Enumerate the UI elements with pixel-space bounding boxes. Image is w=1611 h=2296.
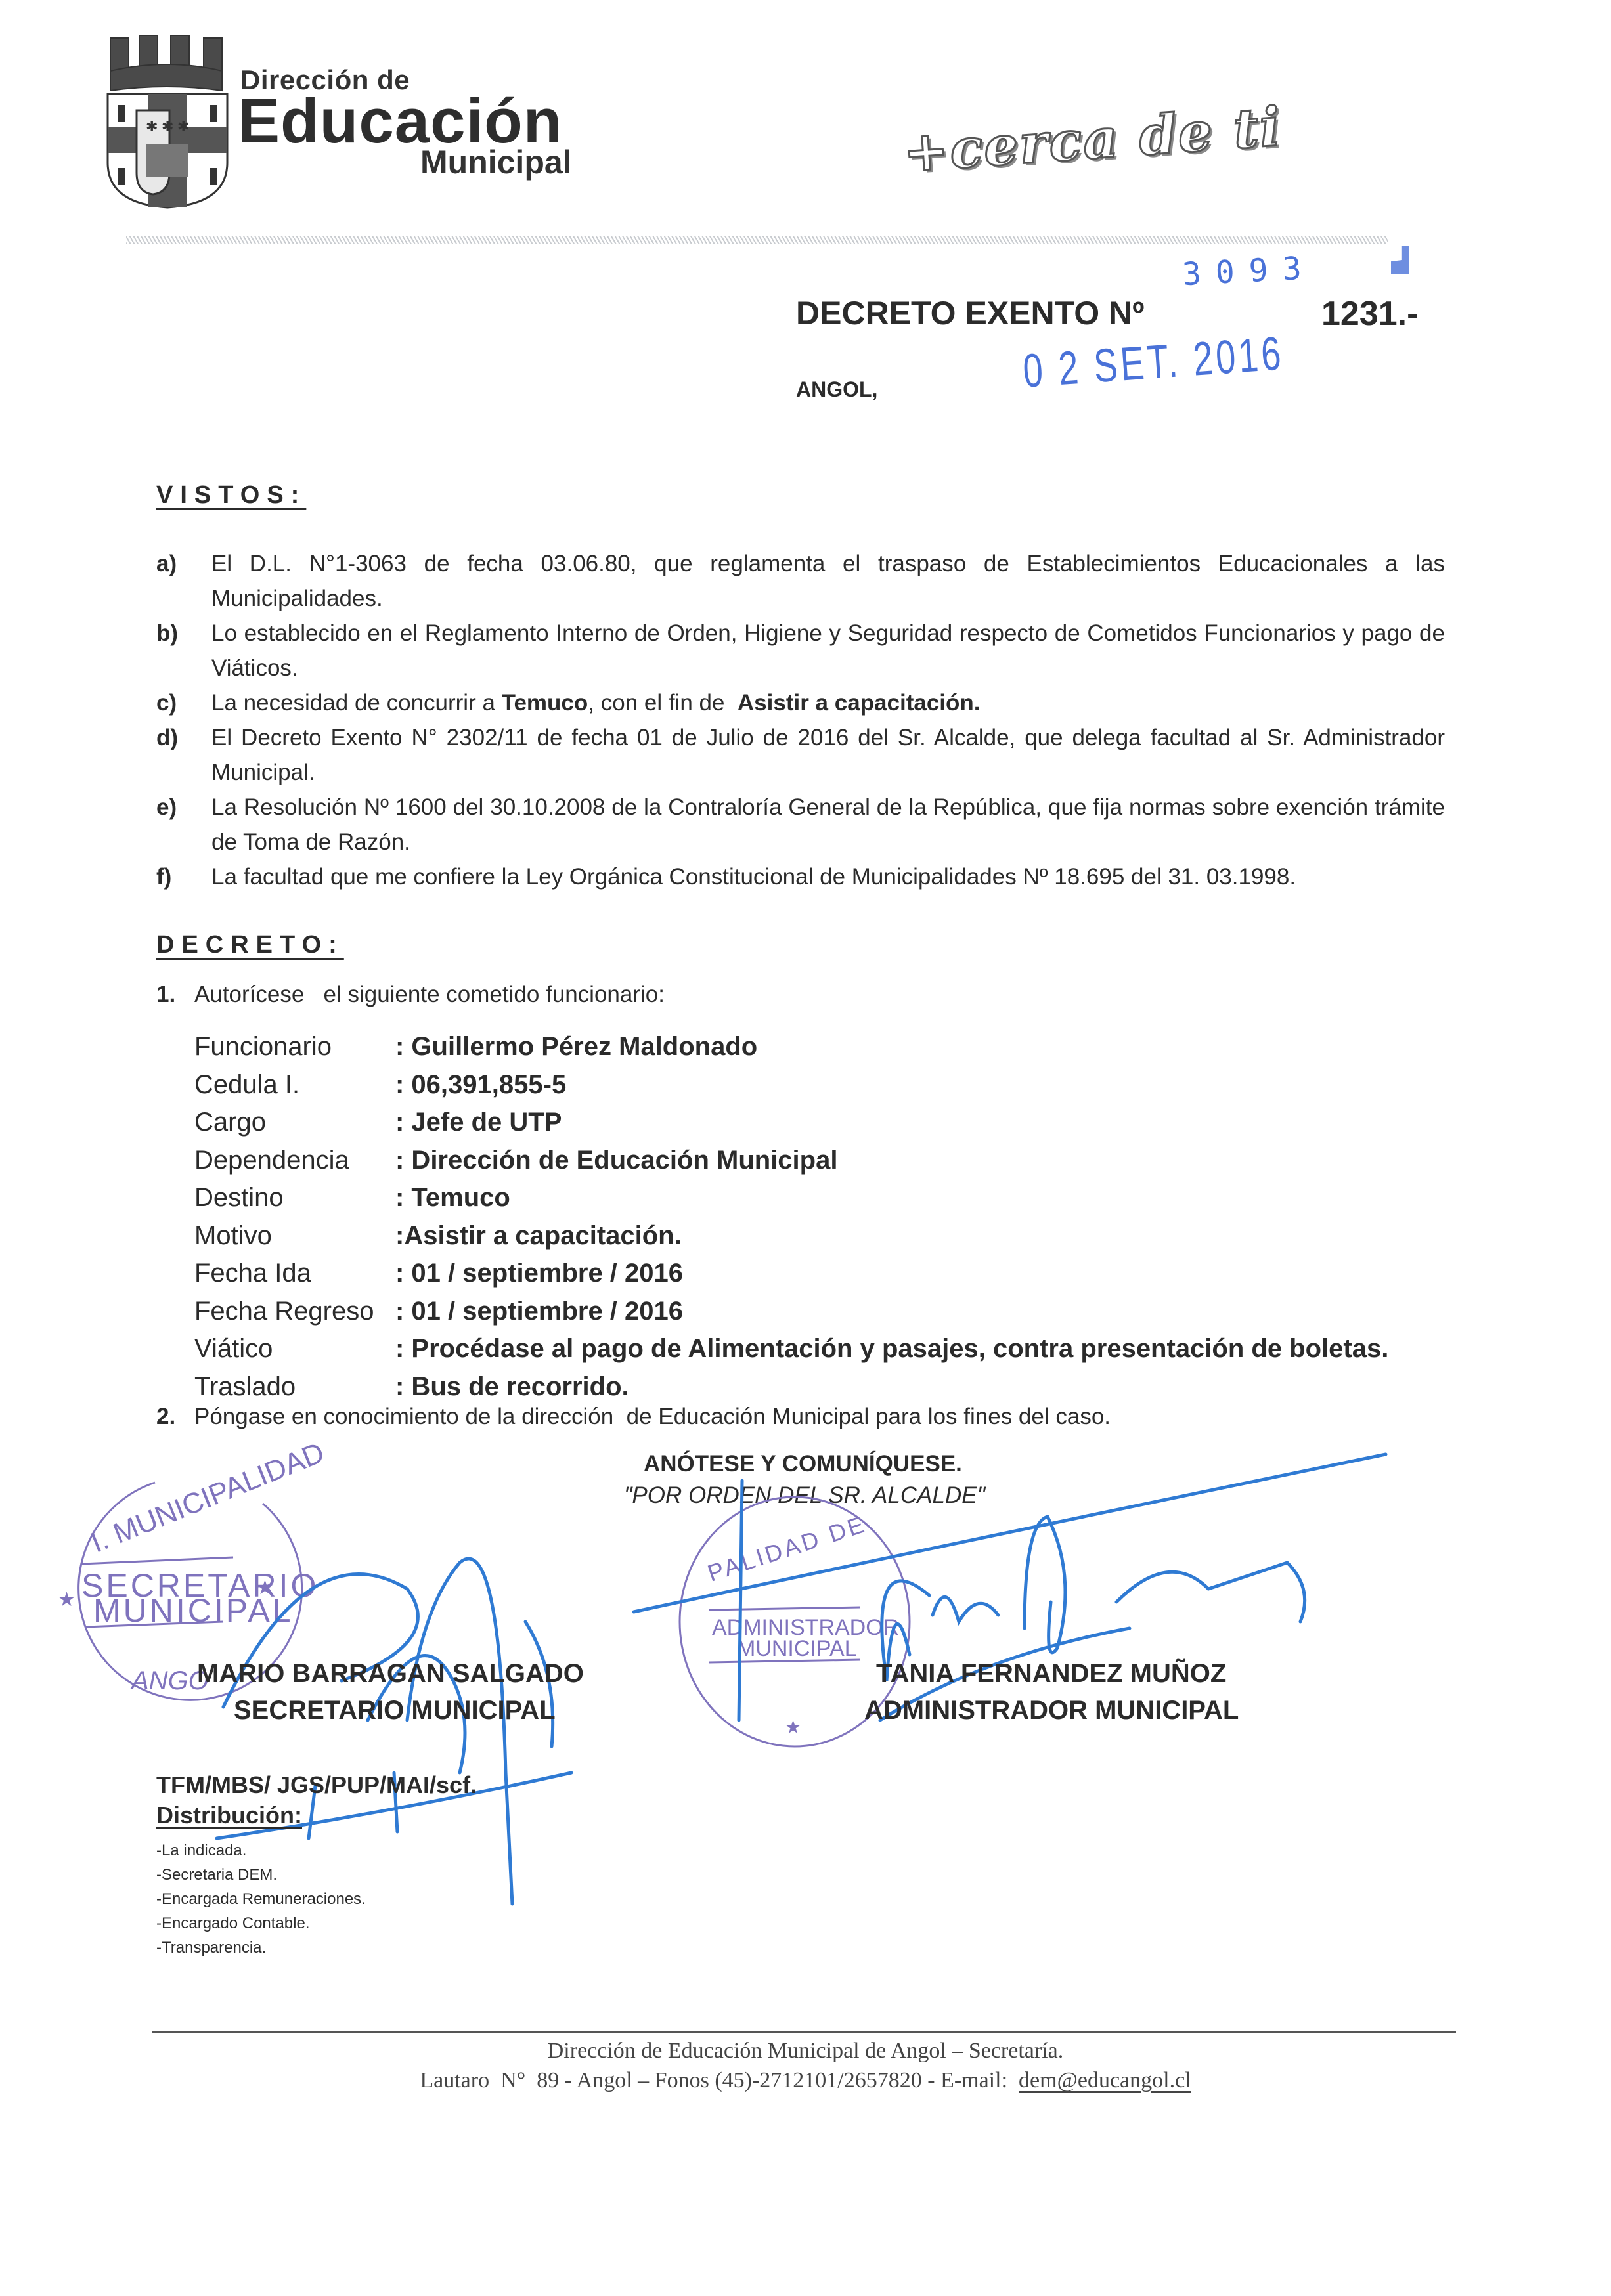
field-row: Destino: Temuco [194, 1179, 1388, 1217]
item-text: El Decreto Exento N° 2302/11 de fecha 01… [211, 720, 1445, 790]
vistos-list: a) El D.L. N°1-3063 de fecha 03.06.80, q… [156, 546, 1445, 894]
field-label: Cargo [194, 1104, 395, 1142]
brand-line-3: Municipal [420, 143, 572, 181]
decree-place: ANGOL, [796, 378, 877, 402]
vistos-heading: VISTOS: [156, 481, 306, 509]
administrator-name: TANIA FERNANDEZ MUÑOZ [876, 1659, 1226, 1689]
field-label: Motivo [194, 1217, 395, 1255]
item-key: c) [156, 685, 211, 720]
decreto-point-2: 2. Póngase en conocimiento de la direcci… [156, 1404, 1445, 1430]
field-row: Fecha Regreso: 01 / septiembre / 2016 [194, 1293, 1388, 1331]
field-row: Motivo:Asistir a capacitación. [194, 1217, 1388, 1255]
vistos-item: c) La necesidad de concurrir a Temuco, c… [156, 685, 1445, 720]
footer-address: Lautaro N° 89 - Angol – Fonos (45)-27121… [420, 2068, 1019, 2092]
item-text: La facultad que me confiere la Ley Orgán… [211, 859, 1445, 894]
distribution-item: -Encargado Contable. [156, 1911, 366, 1936]
administrator-stamp-center2: MUNICIPAL [737, 1636, 857, 1661]
footer-divider [152, 2031, 1456, 2033]
footer-email-link[interactable]: dem@educangol.cl [1019, 2068, 1191, 2092]
item-text: La Resolución Nº 1600 del 30.10.2008 de … [211, 790, 1445, 859]
secretary-stamp-top: I. MUNICIPALIDAD [87, 1437, 329, 1559]
footer-contact: Lautaro N° 89 - Angol – Fonos (45)-27121… [0, 2068, 1611, 2093]
svg-text:✱: ✱ [177, 118, 189, 135]
stamp-number: 3093 [1181, 249, 1317, 293]
field-row: Fecha Ida: 01 / septiembre / 2016 [194, 1255, 1388, 1293]
vistos-item: a) El D.L. N°1-3063 de fecha 03.06.80, q… [156, 546, 1445, 616]
field-row: Cedula I.: 06,391,855-5 [194, 1066, 1388, 1104]
field-row: Dependencia: Dirección de Educación Muni… [194, 1142, 1388, 1180]
field-row: Traslado: Bus de recorrido. [194, 1368, 1388, 1406]
administrator-stamp-ring: PALIDAD DE [704, 1510, 870, 1587]
svg-text:✱: ✱ [146, 118, 158, 135]
point-text: Póngase en conocimiento de la dirección … [194, 1404, 1111, 1430]
field-value: : Dirección de Educación Municipal [395, 1142, 837, 1180]
slogan: +cerca de ti [901, 95, 1283, 184]
field-label: Traslado [194, 1368, 395, 1406]
secretary-stamp-center2: MUNICIPAL [93, 1592, 294, 1629]
field-row: Cargo: Jefe de UTP [194, 1104, 1388, 1142]
field-value: :Asistir a capacitación. [395, 1217, 682, 1255]
footer-office: Dirección de Educación Municipal de Ango… [0, 2039, 1611, 2064]
vistos-item: d) El Decreto Exento N° 2302/11 de fecha… [156, 720, 1445, 790]
administrator-role: ADMINISTRADOR MUNICIPAL [864, 1696, 1239, 1725]
closing-anotese: ANÓTESE Y COMUNÍQUESE. [644, 1451, 962, 1477]
municipal-coat-of-arms-icon: ✱ ✱ ✱ [105, 32, 230, 209]
field-value: : 01 / septiembre / 2016 [395, 1293, 683, 1331]
field-label: Dependencia [194, 1142, 395, 1180]
svg-text:✱: ✱ [162, 118, 173, 135]
field-row: Viático: Procédase al pago de Alimentaci… [194, 1330, 1388, 1368]
text-segment: , con el fin de [588, 690, 738, 716]
destination-bold: Temuco [502, 690, 588, 716]
decree-number: 1231.- [1321, 294, 1418, 334]
header-divider [126, 236, 1388, 244]
distribution-list: -La indicada. -Secretaria DEM. -Encargad… [156, 1838, 366, 1960]
administrator-stamp-center1: ADMINISTRADOR [712, 1615, 899, 1640]
cometido-fields: Funcionario: Guillermo Pérez Maldonado C… [194, 1028, 1388, 1406]
field-label: Cedula I. [194, 1066, 395, 1104]
distribution-heading: Distribución: [156, 1802, 302, 1829]
secretary-role: SECRETARIO MUNICIPAL [234, 1696, 556, 1725]
secretary-name: MARIO BARRAGAN SALGADO [197, 1659, 584, 1689]
item-key: f) [156, 859, 211, 894]
decree-title: DECRETO EXENTO Nº [796, 294, 1144, 332]
item-key: b) [156, 616, 211, 685]
closing-por-orden: "POR ORDEN DEL SR. ALCALDE" [624, 1483, 985, 1509]
distribution-item: -La indicada. [156, 1838, 366, 1863]
item-text: Lo establecido en el Reglamento Interno … [211, 616, 1445, 685]
item-key: e) [156, 790, 211, 859]
field-label: Fecha Ida [194, 1255, 395, 1293]
field-value: : 01 / septiembre / 2016 [395, 1255, 683, 1293]
field-value: : 06,391,855-5 [395, 1066, 566, 1104]
point-key: 2. [156, 1404, 194, 1430]
distribution-item: -Secretaria DEM. [156, 1863, 366, 1887]
field-label: Funcionario [194, 1028, 395, 1066]
stamp-mark [1391, 246, 1409, 274]
field-value: : Jefe de UTP [395, 1104, 562, 1142]
decreto-point-1: 1. Autorícese el siguiente cometido func… [156, 982, 1445, 1008]
field-value: : Procédase al pago de Alimentación y pa… [395, 1330, 1388, 1368]
star-icon: ★ [256, 1577, 274, 1599]
stamp-date: 0 2 SET. 2016 [1021, 326, 1285, 399]
vistos-item: b) Lo establecido en el Reglamento Inter… [156, 616, 1445, 685]
text-segment: La necesidad de concurrir a [211, 690, 502, 716]
field-value: : Bus de recorrido. [395, 1368, 629, 1406]
field-value: : Guillermo Pérez Maldonado [395, 1028, 757, 1066]
motive-bold: Asistir a capacitación. [738, 690, 981, 716]
field-label: Destino [194, 1179, 395, 1217]
field-row: Funcionario: Guillermo Pérez Maldonado [194, 1028, 1388, 1066]
item-text: La necesidad de concurrir a Temuco, con … [211, 685, 1445, 720]
reference-initials: TFM/MBS/ JGS/PUP/MAI/scf. [156, 1771, 477, 1799]
point-key: 1. [156, 982, 194, 1008]
vistos-item: e) La Resolución Nº 1600 del 30.10.2008 … [156, 790, 1445, 859]
decreto-heading: DECRETO: [156, 931, 344, 959]
distribution-item: -Encargada Remuneraciones. [156, 1887, 366, 1911]
point-text: Autorícese el siguiente cometido funcion… [194, 982, 665, 1008]
item-text: El D.L. N°1-3063 de fecha 03.06.80, que … [211, 546, 1445, 616]
field-label: Fecha Regreso [194, 1293, 395, 1331]
item-key: a) [156, 546, 211, 616]
secretary-stamp-center1: SECRETARIO [81, 1567, 319, 1604]
star-icon: ★ [785, 1717, 801, 1737]
vistos-item: f) La facultad que me confiere la Ley Or… [156, 859, 1445, 894]
item-key: d) [156, 720, 211, 790]
star-icon: ★ [58, 1589, 76, 1611]
distribution-item: -Transparencia. [156, 1936, 366, 1960]
field-label: Viático [194, 1330, 395, 1368]
field-value: : Temuco [395, 1179, 510, 1217]
